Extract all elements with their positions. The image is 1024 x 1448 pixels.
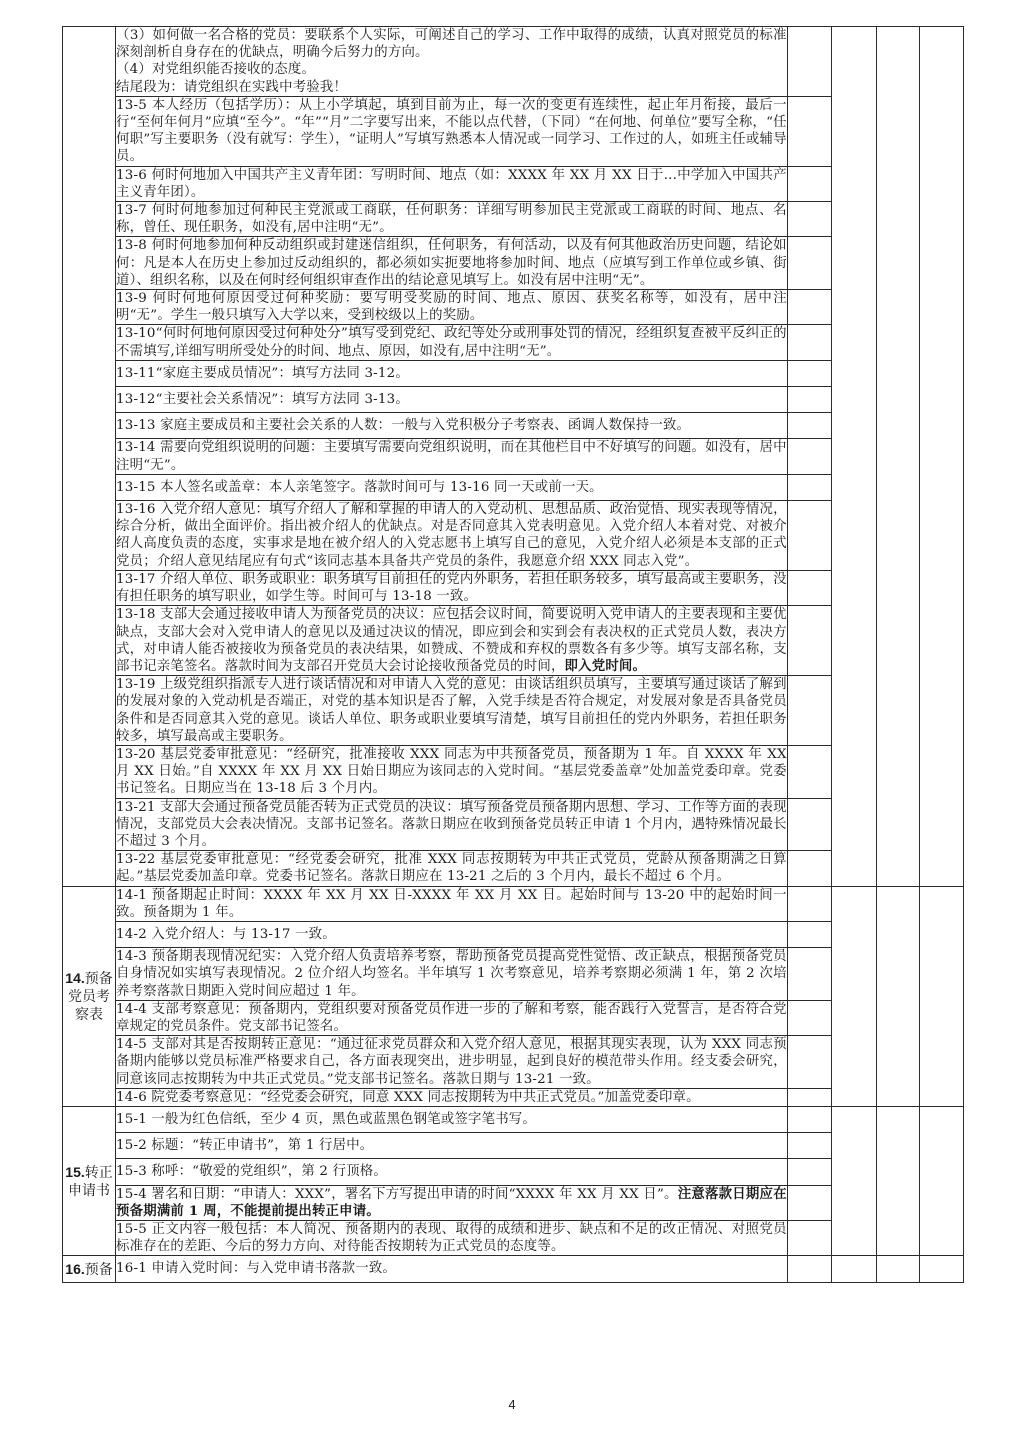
item-description-13-7: 13-7 何时何地参加过何种民主党派或工商联，任何职务：详细写明参加民主党派或工… bbox=[116, 202, 788, 237]
paragraph: （4）对党组织能否接收的态度。 bbox=[116, 61, 787, 78]
item-description-14-1: 14-1 预备期起止时间：XXXX 年 XX 月 XX 日-XXXX 年 XX … bbox=[116, 886, 788, 921]
check-cell bbox=[787, 360, 831, 386]
check-cell bbox=[787, 948, 831, 1001]
item-text: 13-5 本人经历（包括学历）：从上小学填起，填到目前为止，每一次的变更有连续性… bbox=[116, 98, 787, 165]
table-row: 13-7 何时何地参加过何种民主党派或工商联，任何职务：详细写明参加民主党派或工… bbox=[63, 202, 964, 237]
guidance-table-body: （3）如何做一名合格的党员：要联系个人实际，可阐述自己的学习、工作中取得的成绩，… bbox=[63, 27, 964, 1283]
section-label: 14.预备党员考察表 bbox=[63, 886, 116, 1106]
check-cell bbox=[787, 1000, 831, 1035]
check-cell bbox=[787, 290, 831, 325]
item-text: 15-3 称呼：“敬爱的党组织”，第 2 行顶格。 bbox=[116, 1164, 387, 1179]
item-description-14-6: 14-6 院党委考察意见：“经党委会研究，同意 XXX 同志按期转为中共正式党员… bbox=[116, 1088, 788, 1106]
paragraph: （3）如何做一名合格的党员：要联系个人实际，可阐述自己的学习、工作中取得的成绩，… bbox=[116, 27, 787, 61]
check-cell bbox=[787, 413, 831, 439]
item-description-13-22: 13-22 基层党委审批意见：“经党委会研究，批准 XXX 同志按期转为中共正式… bbox=[116, 851, 788, 886]
item-description-13-12: 13-12“主要社会关系情况”：填写方法同 3-13。 bbox=[116, 387, 788, 413]
section-number: 16. bbox=[65, 1261, 84, 1277]
table-row: 14-6 院党委考察意见：“经党委会研究，同意 XXX 同志按期转为中共正式党员… bbox=[63, 1088, 964, 1106]
item-description-15-5: 15-5 正文内容一般包括：本人简况、预备期内的表现、取得的成绩和进步、缺点和不… bbox=[116, 1221, 788, 1256]
table-row: 13-9 何时何地何原因受过何种奖励：要写明受奖励的时间、地点、原因、获奖名称等… bbox=[63, 290, 964, 325]
status-cell-1 bbox=[831, 27, 876, 887]
check-cell bbox=[787, 27, 831, 97]
check-cell bbox=[787, 606, 831, 676]
check-cell bbox=[787, 474, 831, 500]
check-cell bbox=[787, 676, 831, 746]
check-cell bbox=[787, 1159, 831, 1185]
status-cell-1 bbox=[831, 1106, 876, 1255]
table-row: 13-6 何时何地加入中国共产主义青年团：写明时间、地点（如：XXXX 年 XX… bbox=[63, 166, 964, 201]
item-text: 15-4 署名和日期：“申请人：XXX”，署名下方写提出申请的时间“XXXX 年… bbox=[116, 1187, 678, 1202]
item-description-13-11: 13-11“家庭主要成员情况”：填写方法同 3-12。 bbox=[116, 360, 788, 386]
check-cell bbox=[787, 921, 831, 947]
item-text: 13-19 上级党组织指派专人进行谈话情况和对申请人入党的意见：由谈话组织员填写… bbox=[116, 677, 787, 744]
table-row: 15-4 署名和日期：“申请人：XXX”，署名下方写提出申请的时间“XXXX 年… bbox=[63, 1185, 964, 1220]
check-cell bbox=[787, 501, 831, 571]
item-text: 14-3 预备期表现情况纪实：入党介绍人负责培养考察，帮助预备党员提高党性觉悟、… bbox=[116, 949, 787, 998]
check-cell bbox=[787, 96, 831, 166]
item-text: 13-8 何时何地参加何种反动组织或封建迷信组织，任何职务，有何活动，以及有何其… bbox=[116, 238, 787, 287]
item-text: 13-12“主要社会关系情况”：填写方法同 3-13。 bbox=[116, 392, 409, 407]
item-text: 13-20 基层党委审批意见：“经研究，批准接收 XXX 同志为中共预备党员，预… bbox=[116, 747, 787, 796]
table-row: 15-5 正文内容一般包括：本人简况、预备期内的表现、取得的成绩和进步、缺点和不… bbox=[63, 1221, 964, 1256]
item-text: 13-15 本人签名或盖章：本人亲笔签字。落款时间可与 13-16 同一天或前一… bbox=[116, 480, 603, 495]
section-label: 15.转正申请书 bbox=[63, 1106, 116, 1255]
item-description-15-1: 15-1 一般为红色信纸，至少 4 页，黑色或蓝黑色钢笔或签字笔书写。 bbox=[116, 1106, 788, 1132]
item-text: 13-16 入党介绍人意见：填写介绍人了解和掌握的申请人的入党动机、思想品质、政… bbox=[116, 502, 787, 569]
table-row: 15-3 称呼：“敬爱的党组织”，第 2 行顶格。 bbox=[63, 1159, 964, 1185]
item-text: 13-13 家庭主要成员和主要社会关系的人数：一般与入党积极分子考察表、函调人数… bbox=[116, 418, 690, 433]
check-cell bbox=[787, 166, 831, 201]
table-row: 13-13 家庭主要成员和主要社会关系的人数：一般与入党积极分子考察表、函调人数… bbox=[63, 413, 964, 439]
item-description-13-4-cont: （3）如何做一名合格的党员：要联系个人实际，可阐述自己的学习、工作中取得的成绩，… bbox=[116, 27, 788, 97]
item-description-13-9: 13-9 何时何地何原因受过何种奖励：要写明受奖励的时间、地点、原因、获奖名称等… bbox=[116, 290, 788, 325]
item-description-13-10: 13-10“何时何地何原因受过何种处分”填写受到党纪、政纪等处分或刑事处罚的情况… bbox=[116, 325, 788, 360]
table-row: （3）如何做一名合格的党员：要联系个人实际，可阐述自己的学习、工作中取得的成绩，… bbox=[63, 27, 964, 97]
status-cell-3 bbox=[919, 886, 963, 1106]
guidance-table: （3）如何做一名合格的党员：要联系个人实际，可阐述自己的学习、工作中取得的成绩，… bbox=[62, 26, 964, 1283]
status-cell-2 bbox=[876, 886, 919, 1106]
item-description-13-8: 13-8 何时何地参加何种反动组织或封建迷信组织，任何职务，有何活动，以及有何其… bbox=[116, 237, 788, 290]
item-text: 14-1 预备期起止时间：XXXX 年 XX 月 XX 日-XXXX 年 XX … bbox=[116, 888, 787, 920]
item-description-14-3: 14-3 预备期表现情况纪实：入党介绍人负责培养考察，帮助预备党员提高党性觉悟、… bbox=[116, 948, 788, 1001]
status-cell-1 bbox=[831, 886, 876, 1106]
table-row: 13-16 入党介绍人意见：填写介绍人了解和掌握的申请人的入党动机、思想品质、政… bbox=[63, 501, 964, 571]
item-description-13-16: 13-16 入党介绍人意见：填写介绍人了解和掌握的申请人的入党动机、思想品质、政… bbox=[116, 501, 788, 571]
section-label bbox=[63, 27, 116, 887]
item-text: 14-2 入党介绍人：与 13-17 一致。 bbox=[116, 927, 336, 942]
table-row: 15-2 标题：“转正申请书”，第 1 行居中。 bbox=[63, 1133, 964, 1159]
table-row: 13-19 上级党组织指派专人进行谈话情况和对申请人入党的意见：由谈话组织员填写… bbox=[63, 676, 964, 746]
table-row: 13-15 本人签名或盖章：本人亲笔签字。落款时间可与 13-16 同一天或前一… bbox=[63, 474, 964, 500]
check-cell bbox=[787, 1106, 831, 1132]
item-text: 15-2 标题：“转正申请书”，第 1 行居中。 bbox=[116, 1138, 373, 1153]
item-description-13-6: 13-6 何时何地加入中国共产主义青年团：写明时间、地点（如：XXXX 年 XX… bbox=[116, 166, 788, 201]
check-cell bbox=[787, 1256, 831, 1282]
status-cell-3 bbox=[919, 1256, 963, 1282]
item-emphasis: 即入党时间。 bbox=[565, 658, 647, 674]
item-description-13-13: 13-13 家庭主要成员和主要社会关系的人数：一般与入党积极分子考察表、函调人数… bbox=[116, 413, 788, 439]
table-row: 14.预备党员考察表14-1 预备期起止时间：XXXX 年 XX 月 XX 日-… bbox=[63, 886, 964, 921]
table-row: 13-18 支部大会通过接收申请人为预备党员的决议：应包括会议时间，简要说明入党… bbox=[63, 606, 964, 676]
check-cell bbox=[787, 202, 831, 237]
item-text: 13-21 支部大会通过预备党员能否转为正式党员的决议：填写预备党员预备期内思想… bbox=[116, 800, 787, 849]
item-text: 14-5 支部对其是否按期转正意见：“通过征求党员群众和入党介绍人意见，根据其现… bbox=[116, 1037, 787, 1086]
item-description-13-20: 13-20 基层党委审批意见：“经研究，批准接收 XXX 同志为中共预备党员，预… bbox=[116, 745, 788, 798]
status-cell-1 bbox=[831, 1256, 876, 1282]
status-cell-3 bbox=[919, 1106, 963, 1255]
item-description-16-1: 16-1 申请入党时间：与入党申请书落款一致。 bbox=[116, 1256, 788, 1282]
status-cell-2 bbox=[876, 27, 919, 887]
item-text: 14-6 院党委考察意见：“经党委会研究，同意 XXX 同志按期转为中共正式党员… bbox=[116, 1090, 700, 1105]
check-cell bbox=[787, 886, 831, 921]
table-row: 16.预备16-1 申请入党时间：与入党申请书落款一致。 bbox=[63, 1256, 964, 1282]
check-cell bbox=[787, 237, 831, 290]
table-row: 13-20 基层党委审批意见：“经研究，批准接收 XXX 同志为中共预备党员，预… bbox=[63, 745, 964, 798]
item-description-14-2: 14-2 入党介绍人：与 13-17 一致。 bbox=[116, 921, 788, 947]
item-description-15-3: 15-3 称呼：“敬爱的党组织”，第 2 行顶格。 bbox=[116, 1159, 788, 1185]
table-row: 13-10“何时何地何原因受过何种处分”填写受到党纪、政纪等处分或刑事处罚的情况… bbox=[63, 325, 964, 360]
item-description-14-4: 14-4 支部考察意见：预备期内，党组织要对预备党员作进一步的了解和考察，能否践… bbox=[116, 1000, 788, 1035]
item-text: 15-5 正文内容一般包括：本人简况、预备期内的表现、取得的成绩和进步、缺点和不… bbox=[116, 1222, 787, 1254]
item-text: 13-14 需要向党组织说明的问题：主要填写需要向党组织说明，而在其他栏目中不好… bbox=[116, 440, 787, 472]
table-row: 13-14 需要向党组织说明的问题：主要填写需要向党组织说明，而在其他栏目中不好… bbox=[63, 439, 964, 474]
item-description-13-5: 13-5 本人经历（包括学历）：从上小学填起，填到目前为止，每一次的变更有连续性… bbox=[116, 96, 788, 166]
item-text: 13-9 何时何地何原因受过何种奖励：要写明受奖励的时间、地点、原因、获奖名称等… bbox=[116, 291, 787, 323]
item-text: 16-1 申请入党时间：与入党申请书落款一致。 bbox=[116, 1261, 396, 1276]
table-row: 13-8 何时何地参加何种反动组织或封建迷信组织，任何职务，有何活动，以及有何其… bbox=[63, 237, 964, 290]
table-row: 14-3 预备期表现情况纪实：入党介绍人负责培养考察，帮助预备党员提高党性觉悟、… bbox=[63, 948, 964, 1001]
section-title: 预备 bbox=[85, 1262, 113, 1278]
item-description-13-18: 13-18 支部大会通过接收申请人为预备党员的决议：应包括会议时间，简要说明入党… bbox=[116, 606, 788, 676]
table-row: 13-11“家庭主要成员情况”：填写方法同 3-12。 bbox=[63, 360, 964, 386]
item-text: 13-11“家庭主要成员情况”：填写方法同 3-12。 bbox=[116, 366, 409, 381]
item-text: 13-22 基层党委审批意见：“经党委会研究，批准 XXX 同志按期转为中共正式… bbox=[116, 852, 787, 884]
item-description-13-17: 13-17 介绍人单位、职务或职业：职务填写目前担任的党内外职务，若担任职务较多… bbox=[116, 570, 788, 605]
check-cell bbox=[787, 1185, 831, 1220]
item-text: 13-17 介绍人单位、职务或职业：职务填写目前担任的党内外职务，若担任职务较多… bbox=[116, 572, 787, 604]
check-cell bbox=[787, 1133, 831, 1159]
item-description-15-4: 15-4 署名和日期：“申请人：XXX”，署名下方写提出申请的时间“XXXX 年… bbox=[116, 1185, 788, 1220]
paragraph: 结尾段为：请党组织在实践中考验我！ bbox=[116, 79, 787, 96]
check-cell bbox=[787, 570, 831, 605]
check-cell bbox=[787, 1221, 831, 1256]
item-description-13-14: 13-14 需要向党组织说明的问题：主要填写需要向党组织说明，而在其他栏目中不好… bbox=[116, 439, 788, 474]
table-row: 14-4 支部考察意见：预备期内，党组织要对预备党员作进一步的了解和考察，能否践… bbox=[63, 1000, 964, 1035]
item-description-13-19: 13-19 上级党组织指派专人进行谈话情况和对申请人入党的意见：由谈话组织员填写… bbox=[116, 676, 788, 746]
check-cell bbox=[787, 798, 831, 851]
item-description-15-2: 15-2 标题：“转正申请书”，第 1 行居中。 bbox=[116, 1133, 788, 1159]
item-text: 13-10“何时何地何原因受过何种处分”填写受到党纪、政纪等处分或刑事处罚的情况… bbox=[116, 326, 787, 358]
item-description-14-5: 14-5 支部对其是否按期转正意见：“通过征求党员群众和入党介绍人意见，根据其现… bbox=[116, 1036, 788, 1089]
status-cell-2 bbox=[876, 1256, 919, 1282]
check-cell bbox=[787, 387, 831, 413]
table-row: 15.转正申请书15-1 一般为红色信纸，至少 4 页，黑色或蓝黑色钢笔或签字笔… bbox=[63, 1106, 964, 1132]
item-text: 13-18 支部大会通过接收申请人为预备党员的决议：应包括会议时间，简要说明入党… bbox=[116, 607, 787, 674]
table-row: 14-2 入党介绍人：与 13-17 一致。 bbox=[63, 921, 964, 947]
item-text: 13-6 何时何地加入中国共产主义青年团：写明时间、地点（如：XXXX 年 XX… bbox=[116, 168, 787, 200]
check-cell bbox=[787, 439, 831, 474]
check-cell bbox=[787, 1036, 831, 1089]
status-cell-2 bbox=[876, 1106, 919, 1255]
page-number: 4 bbox=[0, 1397, 1024, 1412]
table-row: 13-17 介绍人单位、职务或职业：职务填写目前担任的党内外职务，若担任职务较多… bbox=[63, 570, 964, 605]
item-text: 15-1 一般为红色信纸，至少 4 页，黑色或蓝黑色钢笔或签字笔书写。 bbox=[116, 1112, 536, 1127]
section-number: 14. bbox=[65, 970, 84, 986]
item-description-13-21: 13-21 支部大会通过预备党员能否转为正式党员的决议：填写预备党员预备期内思想… bbox=[116, 798, 788, 851]
section-label: 16.预备 bbox=[63, 1256, 116, 1282]
table-row: 13-5 本人经历（包括学历）：从上小学填起，填到目前为止，每一次的变更有连续性… bbox=[63, 96, 964, 166]
section-number: 15. bbox=[65, 1164, 84, 1180]
check-cell bbox=[787, 745, 831, 798]
check-cell bbox=[787, 851, 831, 886]
status-cell-3 bbox=[919, 27, 963, 887]
check-cell bbox=[787, 1088, 831, 1106]
table-row: 13-21 支部大会通过预备党员能否转为正式党员的决议：填写预备党员预备期内思想… bbox=[63, 798, 964, 851]
item-description-13-15: 13-15 本人签名或盖章：本人亲笔签字。落款时间可与 13-16 同一天或前一… bbox=[116, 474, 788, 500]
table-row: 13-12“主要社会关系情况”：填写方法同 3-13。 bbox=[63, 387, 964, 413]
item-text: 13-7 何时何地参加过何种民主党派或工商联，任何职务：详细写明参加民主党派或工… bbox=[116, 203, 787, 235]
table-row: 14-5 支部对其是否按期转正意见：“通过征求党员群众和入党介绍人意见，根据其现… bbox=[63, 1036, 964, 1089]
item-text: 14-4 支部考察意见：预备期内，党组织要对预备党员作进一步的了解和考察，能否践… bbox=[116, 1002, 787, 1034]
table-row: 13-22 基层党委审批意见：“经党委会研究，批准 XXX 同志按期转为中共正式… bbox=[63, 851, 964, 886]
check-cell bbox=[787, 325, 831, 360]
